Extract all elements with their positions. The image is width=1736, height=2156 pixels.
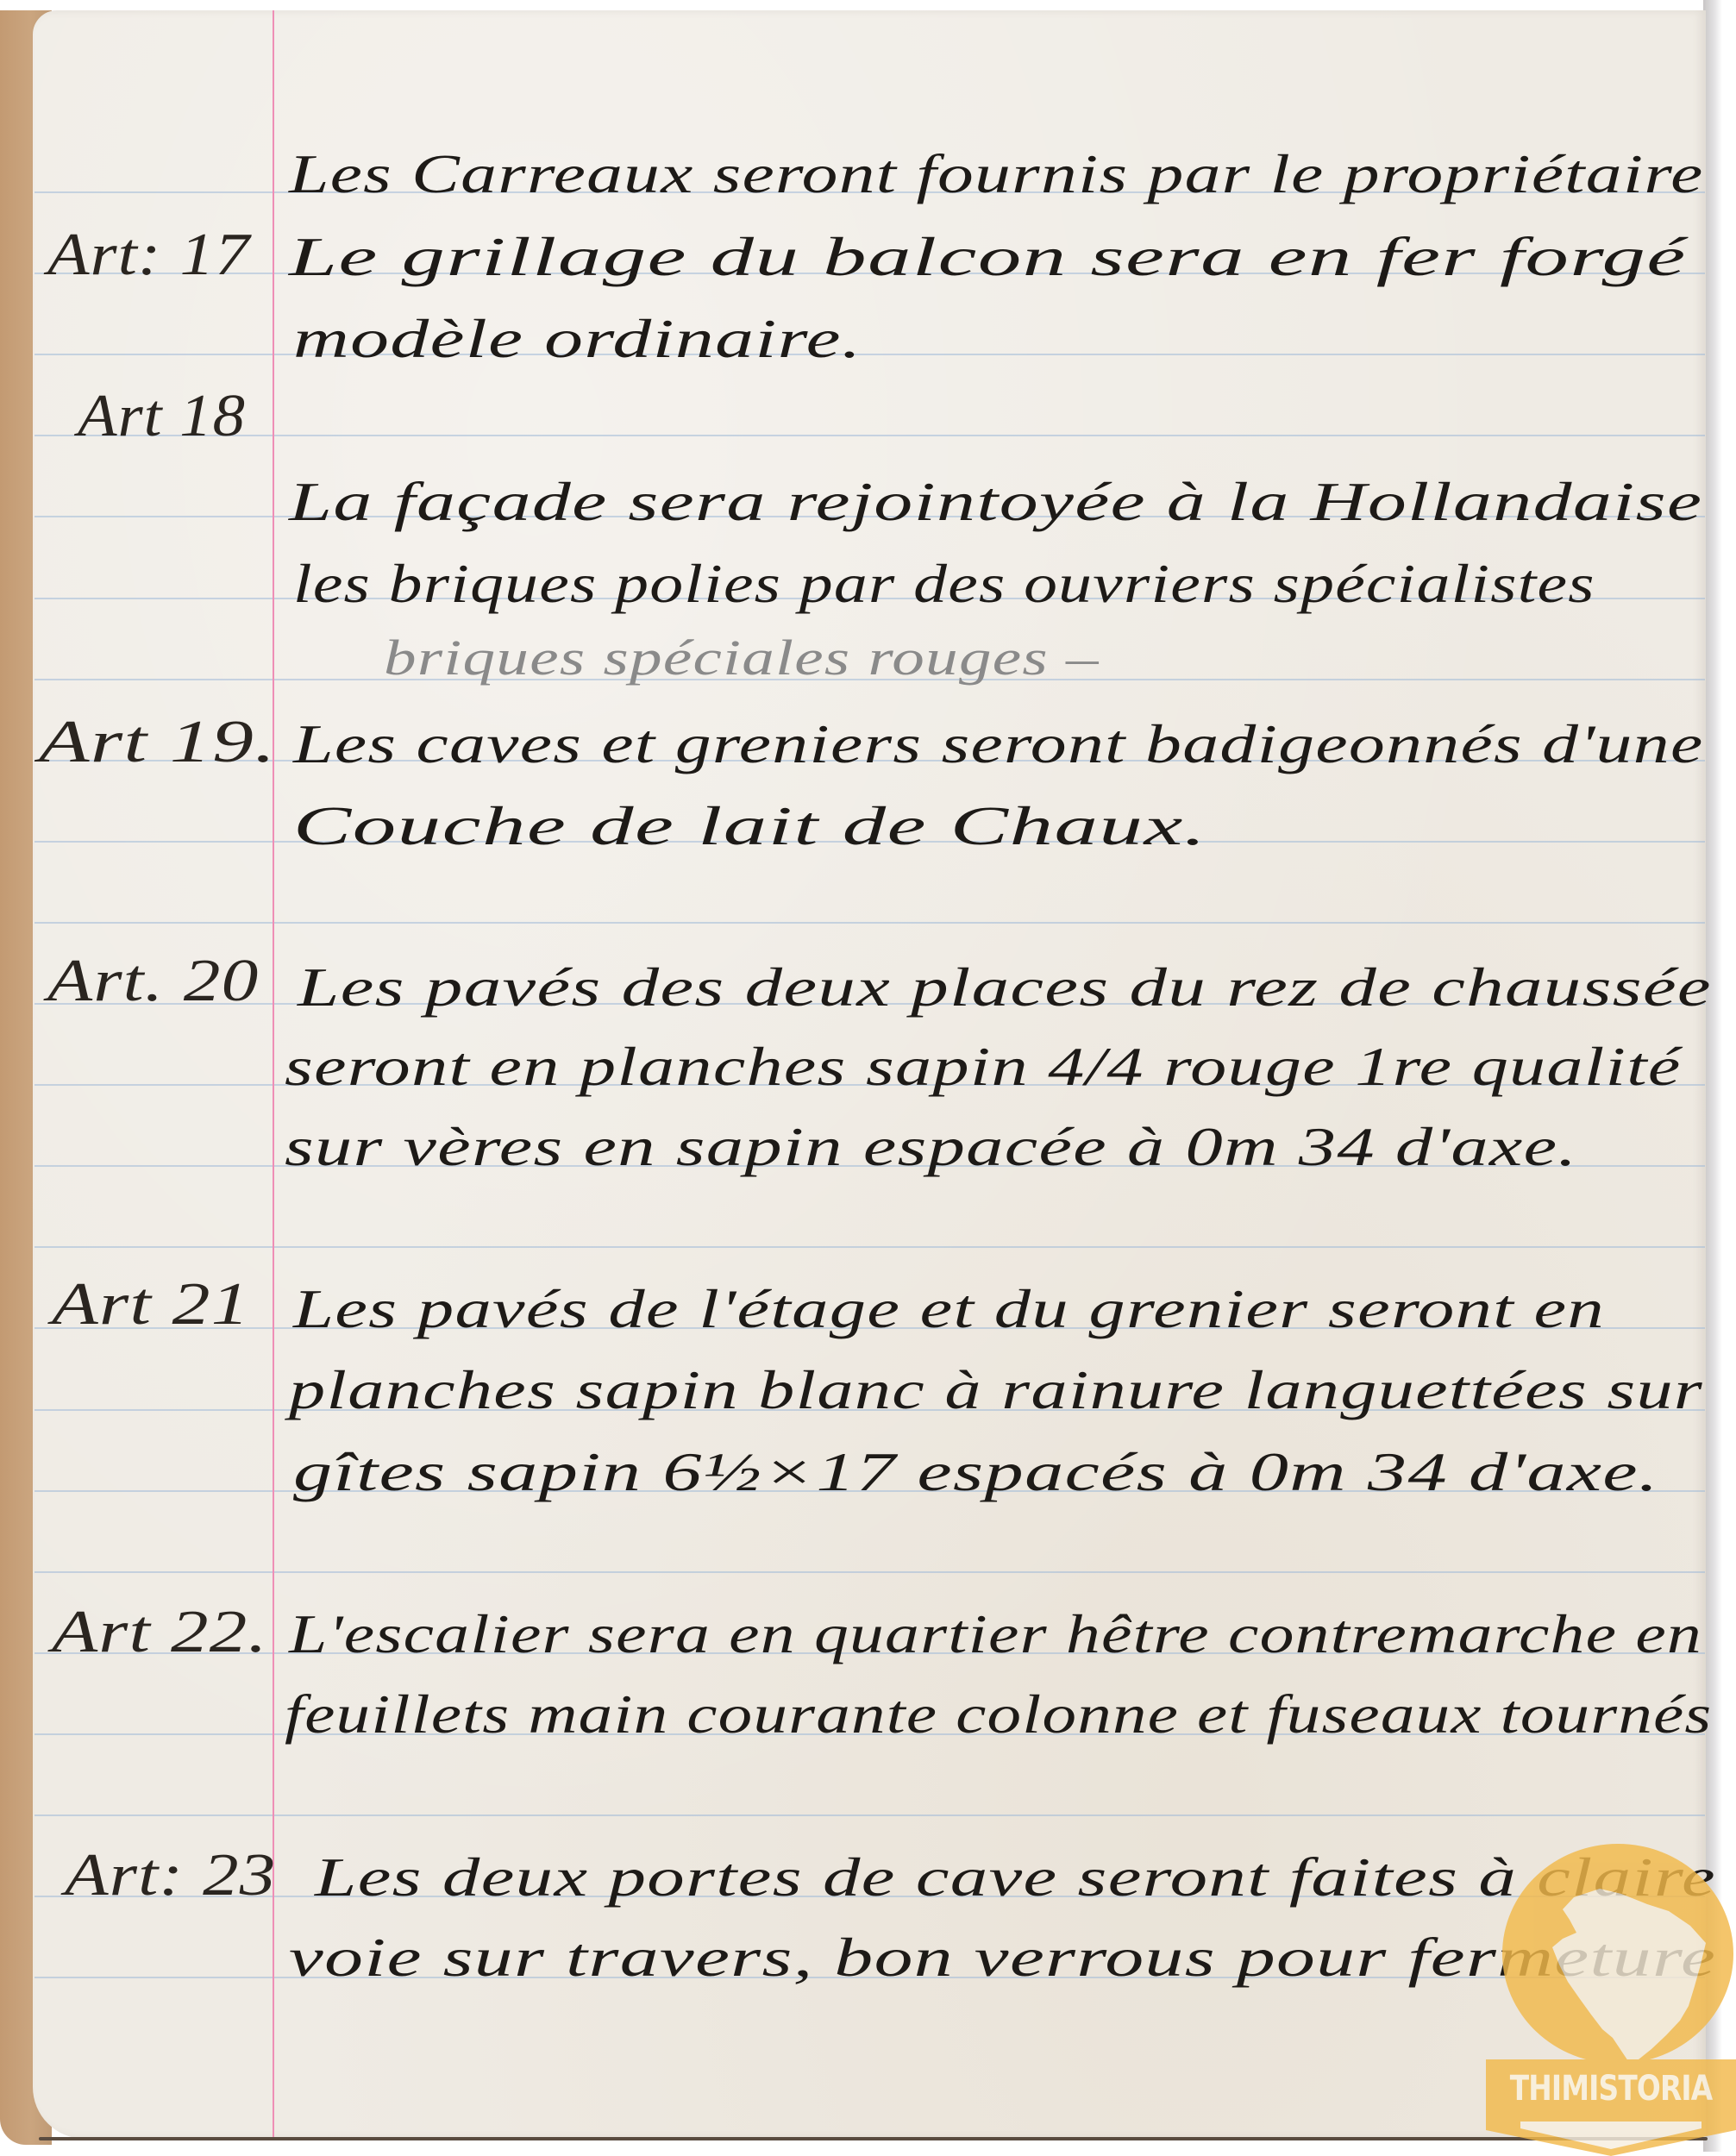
article-label-22: Art 22. <box>52 1602 268 1663</box>
page-bottom-edge <box>39 2137 1708 2140</box>
ruled-line <box>34 1246 1705 1248</box>
open-book-icon <box>1486 2118 1736 2156</box>
text-line: sur vères en sapin espacée à 0m 34 d'axe… <box>285 1119 1577 1175</box>
ruled-line <box>34 354 1705 355</box>
pencil-annotation: briques spéciales rouges – <box>384 633 1100 683</box>
logo-banner: THIMISTORIA <box>1486 2059 1736 2118</box>
article-label-21: Art 21 <box>52 1275 250 1335</box>
text-line: Couche de lait de Chaux. <box>293 799 1207 854</box>
ruled-line <box>34 1814 1705 1816</box>
text-line: seront en planches sapin 4/4 rouge 1re q… <box>285 1039 1682 1094</box>
article-label-23: Art: 23 <box>65 1846 276 1906</box>
logo-text: THIMISTORIA <box>1510 2069 1713 2109</box>
text-line: La façade sera rejointoyée à la Hollanda… <box>289 474 1702 530</box>
text-line: Les pavés de l'étage et du grenier seron… <box>293 1282 1605 1337</box>
thimistoria-watermark-logo: THIMISTORIA <box>1483 1844 1736 2156</box>
ruled-line <box>34 435 1705 436</box>
text-line: L'escalier sera en quartier hêtre contre… <box>289 1607 1702 1662</box>
text-line: gîtes sapin 6½×17 espacés à 0m 34 d'axe. <box>293 1445 1659 1500</box>
text-line: feuillets main courante colonne et fusea… <box>285 1687 1712 1742</box>
text-line: Les pavés des deux places du rez de chau… <box>298 960 1712 1015</box>
page-edge-shadow <box>1703 0 1722 2152</box>
map-silhouette-icon <box>1483 1844 1736 2064</box>
text-line: Les Carreaux seront fournis par le propr… <box>289 147 1703 202</box>
text-line: les briques polies par des ouvriers spéc… <box>293 556 1595 611</box>
text-line: planches sapin blanc à rainure languetté… <box>289 1363 1703 1418</box>
text-line: modèle ordinaire. <box>293 311 862 367</box>
ruled-line <box>34 922 1705 924</box>
article-label-18: Art 18 <box>78 386 246 447</box>
text-line: Les caves et greniers seront badigeonnés… <box>293 717 1703 772</box>
text-line: Le grillage du balcon sera en fer forgé <box>289 229 1687 285</box>
margin-line <box>273 10 274 2139</box>
article-label-17: Art: 17 <box>47 225 250 285</box>
article-label-19: Art 19. <box>39 712 277 773</box>
ruled-line <box>34 1571 1705 1573</box>
article-label-20: Art. 20 <box>47 951 260 1012</box>
